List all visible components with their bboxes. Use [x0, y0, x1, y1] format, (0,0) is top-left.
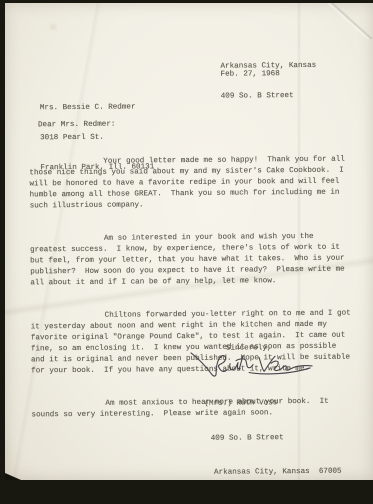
letter-date: Feb. 27, 1968: [221, 69, 280, 80]
scanned-letter-paper: Arkansas City, Kansas 409 So. B Street F…: [5, 3, 373, 480]
typed-signature-block: (Mrs.) Ruth Voss 409 So. B Street Arkans…: [204, 375, 342, 480]
paragraph: Am so interested in your book and wish y…: [30, 232, 352, 290]
sender-street-line: 409 So. B Street: [221, 91, 317, 102]
letter-content: Arkansas City, Kansas 409 So. B Street F…: [3, 1, 373, 480]
salutation: Dear Mrs. Redmer:: [38, 120, 116, 131]
paragraph: Your good letter made me so happy! Thank…: [29, 155, 351, 213]
sender-address: Arkansas City, Kansas 409 So. B Street: [220, 41, 316, 122]
recipient-name-line: Mrs. Bessie C. Redmer: [40, 102, 154, 113]
typed-signature-city: Arkansas City, Kansas 67005: [205, 467, 342, 480]
typed-signature-name: (Mrs.) Ruth Voss: [204, 398, 341, 411]
typed-signature-street: 409 So. B Street: [205, 432, 342, 445]
